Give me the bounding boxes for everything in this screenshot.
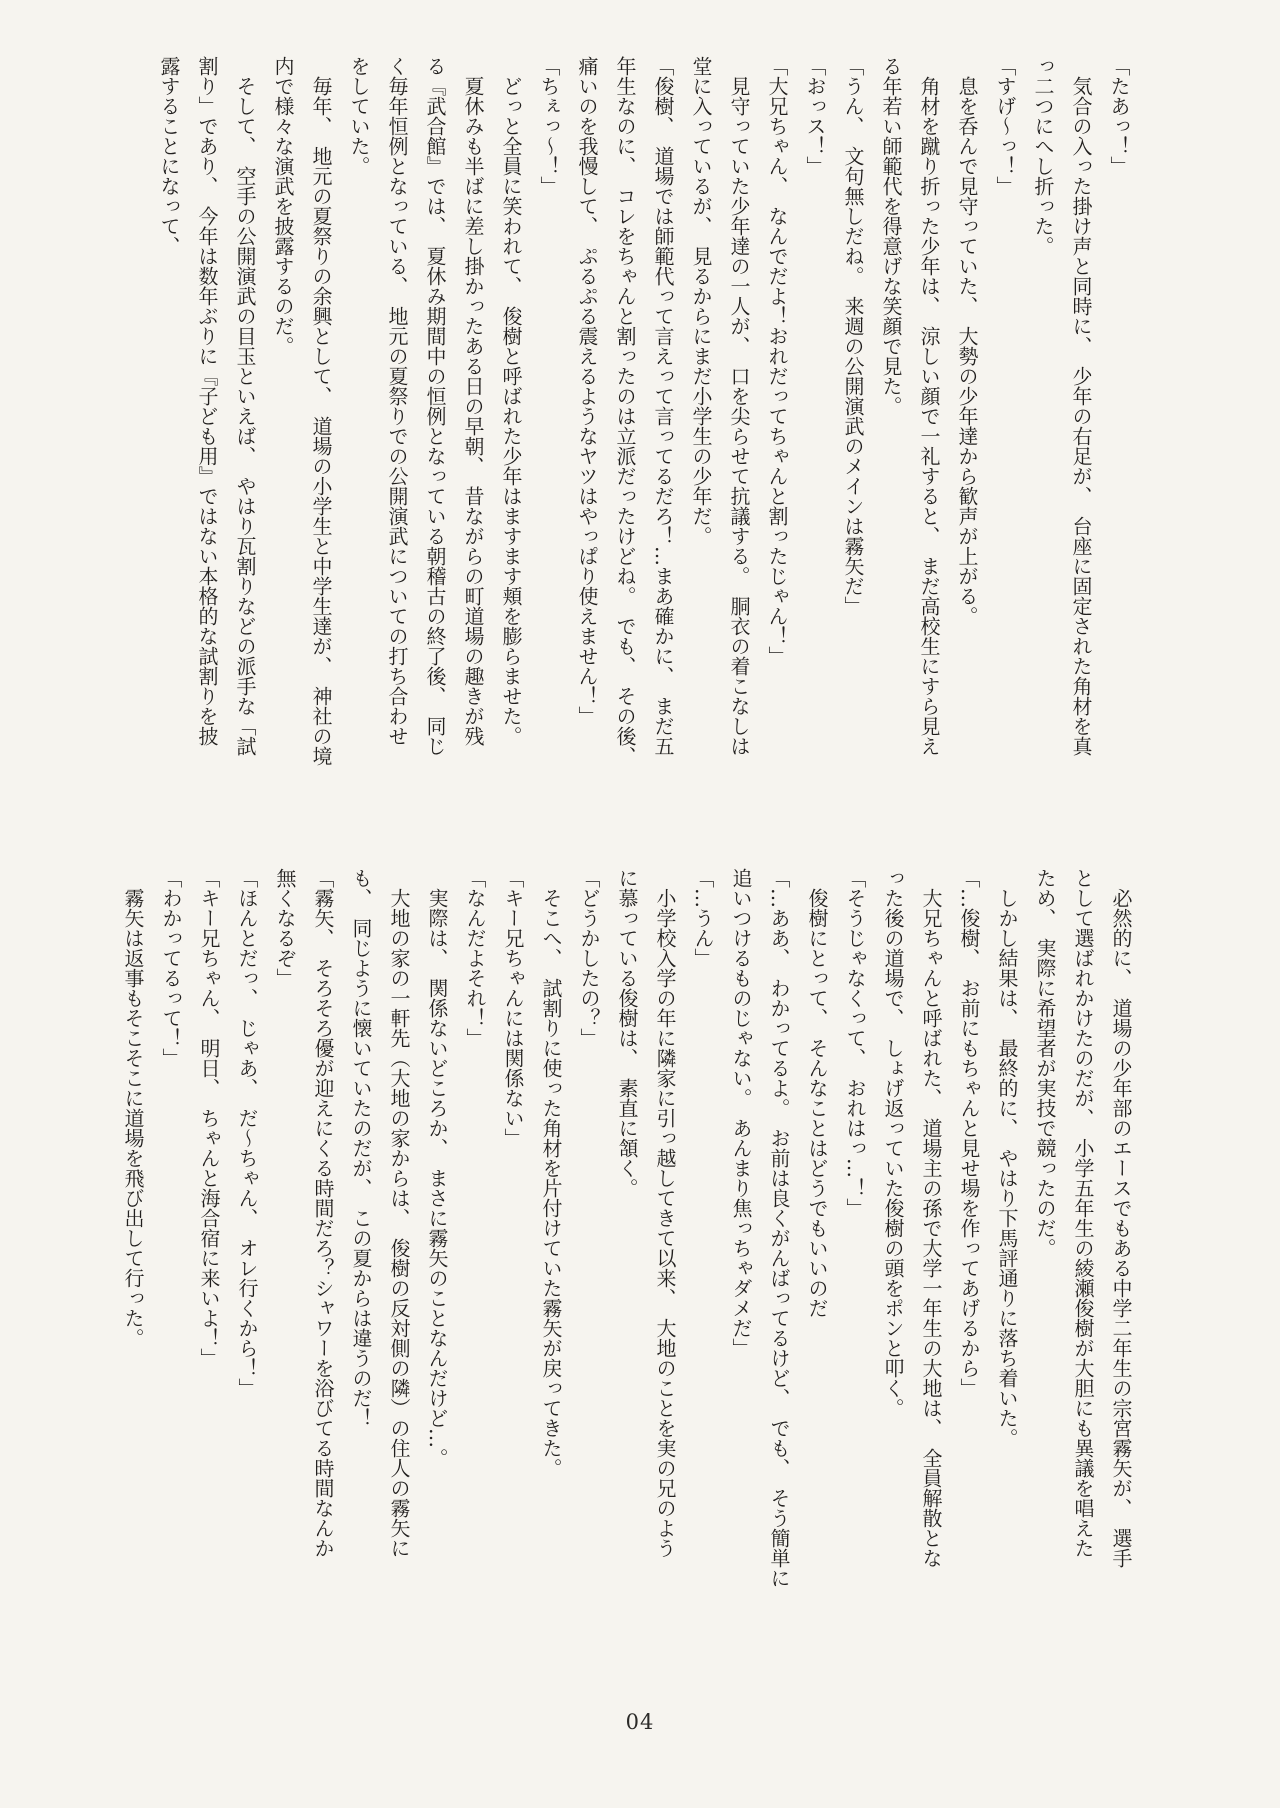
text-column: 「大兄ちゃん、 なんでだよ！おれだってちゃんと割ったじゃん！」	[758, 56, 796, 766]
text-column: 霧矢は返事もそこそこに道場を飛び出して行った。	[114, 868, 152, 1588]
text-column: に慕っている俊樹は、 素直に頷く。	[608, 868, 646, 1588]
text-column: 「キー兄ちゃん、 明日、 ちゃんと海合宿に来いよ！」	[190, 868, 228, 1588]
text-column: 見守っていた少年達の一人が、 口を尖らせて抗議する。 胴衣の着こなしは	[720, 56, 758, 766]
text-column: 「わかってるって！」	[152, 868, 190, 1588]
text-column: 「霧矢、 そろそろ優が迎えにくる時間だろ？シャワーを浴びてる時間なんか	[304, 868, 342, 1588]
text-column: 「…俊樹、 お前にもちゃんと見せ場を作ってあげるから」	[950, 868, 988, 1588]
text-column: 「そうじゃなくって、 おれはっ…！」	[836, 868, 874, 1588]
text-column: 「…うん」	[684, 868, 722, 1588]
text-column: 気合の入った掛け声と同時に、 少年の右足が、 台座に固定された角材を真	[1062, 56, 1100, 766]
text-column: 「キー兄ちゃんには関係ない」	[494, 868, 532, 1588]
text-column: 息を呑んで見守っていた、 大勢の少年達から歓声が上がる。	[948, 56, 986, 766]
text-column: 露することになって、	[150, 56, 188, 766]
text-column: 割り」であり、 今年は数年ぶりに『子ども用』ではない本格的な試割りを披	[188, 56, 226, 766]
text-column: 「うん、 文句無しだね。 来週の公開演武のメインは霧矢だ」	[834, 56, 872, 766]
text-column: 必然的に、 道場の少年部のエースでもある中学二年生の宗宮霧矢が、 選手	[1102, 868, 1140, 1588]
text-column: 「ほんとだっ、 じゃあ、 だ〜ちゃん、 オレ行くから！」	[228, 868, 266, 1588]
text-column: 「どうかしたの？」	[570, 868, 608, 1588]
text-column: どっと全員に笑われて、 俊樹と呼ばれた少年はますます頬を膨らませた。	[492, 56, 530, 766]
text-column: 「ちぇっ〜！」	[530, 56, 568, 766]
text-column: 実際は、 関係ないどころか、 まさに霧矢のことなんだけど…。	[418, 868, 456, 1588]
text-column: 「おっス！」	[796, 56, 834, 766]
text-column: として選ばれかけたのだが、 小学五年生の綾瀬俊樹が大胆にも異議を唱えた	[1064, 868, 1102, 1588]
text-column: る年若い師範代を得意げな笑顔で見た。	[872, 56, 910, 766]
text-column: 年生なのに、 コレをちゃんと割ったのは立派だったけどね。 でも、 その後、	[606, 56, 644, 766]
text-column: 小学校入学の年に隣家に引っ越してきて以来、 大地のことを実の兄のよう	[646, 868, 684, 1588]
text-column: も、 同じように懐いていたのだが、 この夏からは違うのだ！	[342, 868, 380, 1588]
bottom-text-block: 必然的に、 道場の少年部のエースでもある中学二年生の宗宮霧矢が、 選手として選ば…	[114, 868, 1140, 1588]
text-column: 夏休みも半ばに差し掛かったある日の早朝、 昔ながらの町道場の趣きが残	[454, 56, 492, 766]
text-column: る『武合館』では、 夏休み期間中の恒例となっている朝稽古の終了後、 同じ	[416, 56, 454, 766]
text-column: 「すげ〜っ！」	[986, 56, 1024, 766]
text-column: 大兄ちゃんと呼ばれた、 道場主の孫で大学一年生の大地は、 全員解散とな	[912, 868, 950, 1588]
page-number: 04	[0, 1710, 1280, 1734]
text-column: 毎年、 地元の夏祭りの余興として、 道場の小学生と中学生達が、 神社の境	[302, 56, 340, 766]
text-column: 大地の家の一軒先（大地の家からは、 俊樹の反対側の隣）の住人の霧矢に	[380, 868, 418, 1588]
text-column: 内で様々な演武を披露するのだ。	[264, 56, 302, 766]
text-column: 痛いのを我慢して、 ぷるぷる震えるようなヤツはやっぱり使えません！」	[568, 56, 606, 766]
scanned-novel-page: 「たあっ！」 気合の入った掛け声と同時に、 少年の右足が、 台座に固定された角材…	[0, 0, 1280, 1808]
text-column: 堂に入っているが、 見るからにまだ小学生の少年だ。	[682, 56, 720, 766]
text-column: そこへ、 試割りに使った角材を片付けていた霧矢が戻ってきた。	[532, 868, 570, 1588]
top-text-block: 「たあっ！」 気合の入った掛け声と同時に、 少年の右足が、 台座に固定された角材…	[150, 56, 1138, 766]
text-column: 俊樹にとって、 そんなことはどうでもいいのだ	[798, 868, 836, 1588]
text-column: っ二つにへし折った。	[1024, 56, 1062, 766]
text-column: 「…ああ、 わかってるよ。 お前は良くがんばってるけど、 でも、 そう簡単に	[760, 868, 798, 1588]
text-column: 「たあっ！」	[1100, 56, 1138, 766]
text-column: をしていた。	[340, 56, 378, 766]
text-column: しかし結果は、 最終的に、 やはり下馬評通りに落ち着いた。	[988, 868, 1026, 1588]
text-column: そして、 空手の公開演武の目玉といえば、 やはり瓦割りなどの派手な「試	[226, 56, 264, 766]
text-column: 「俊樹、 道場では師範代って言えって言ってるだろ！…まあ確かに、 まだ五	[644, 56, 682, 766]
text-column: く毎年恒例となっている、 地元の夏祭りでの公開演武についての打ち合わせ	[378, 56, 416, 766]
text-column: 無くなるぞ」	[266, 868, 304, 1588]
text-column: 「なんだよそれ！」	[456, 868, 494, 1588]
text-column: 追いつけるものじゃない。 あんまり焦っちゃダメだ」	[722, 868, 760, 1588]
text-column: 角材を蹴り折った少年は、 涼しい顔で一礼すると、 まだ高校生にすら見え	[910, 56, 948, 766]
text-column: った後の道場で、 しょげ返っていた俊樹の頭をポンと叩く。	[874, 868, 912, 1588]
text-column: ため、 実際に希望者が実技で競ったのだ。	[1026, 868, 1064, 1588]
